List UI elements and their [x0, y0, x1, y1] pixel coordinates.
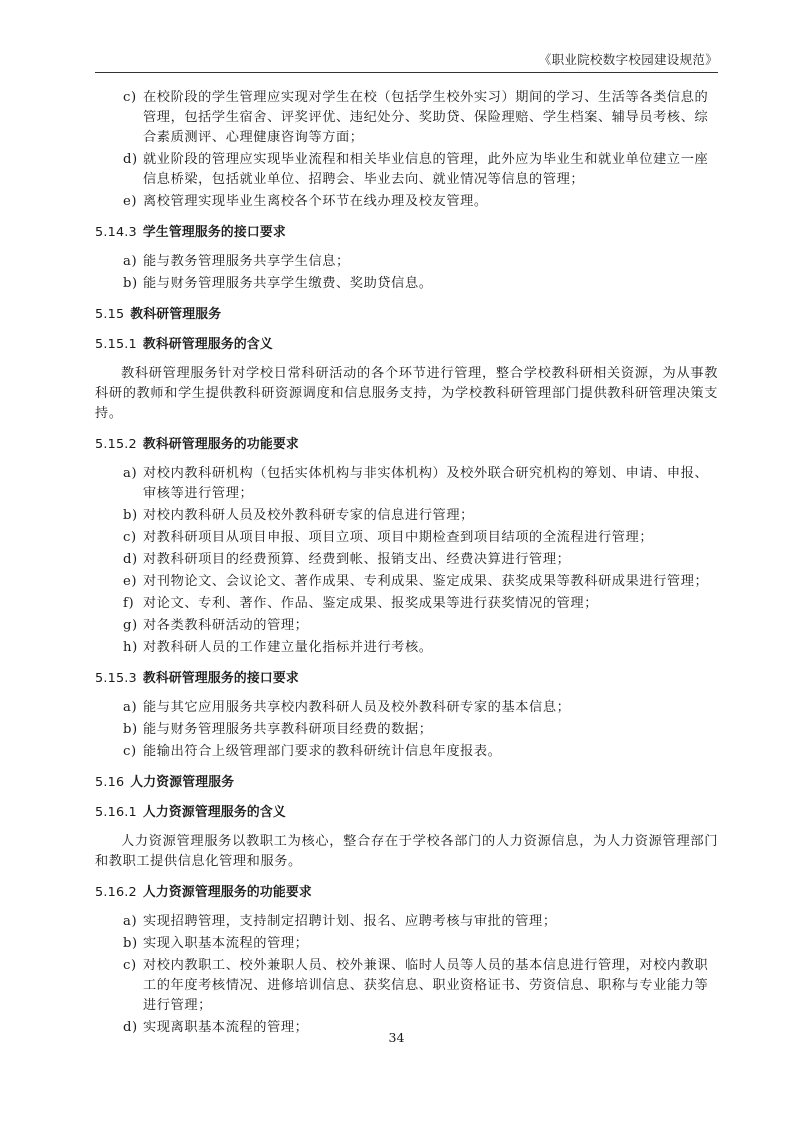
list-item: c)对教科研项目从项目申报、项目立项、项目中期检查到项目结项的全流程进行管理； [95, 528, 718, 548]
list-marker: c) [123, 528, 137, 548]
list-item-text: 对论文、专利、著作、作品、鉴定成果、报奖成果等进行获奖情况的管理； [143, 596, 598, 611]
list-item-text: 能输出符合上级管理部门要求的教科研统计信息年度报表。 [143, 744, 501, 759]
section-heading: 5.15.1教科研管理服务的含义 [95, 336, 718, 354]
list-item: b)能与财务管理服务共享学生缴费、奖助贷信息。 [95, 274, 718, 294]
list-item-text: 对教科研项目的经费预算、经费到帐、报销支出、经费决算进行管理； [143, 552, 570, 567]
section-heading: 5.16人力资源管理服务 [95, 774, 718, 792]
list-item: h)对教科研人员的工作建立量化指标并进行考核。 [95, 638, 718, 658]
section-title: 学生管理服务的接口要求 [143, 225, 286, 240]
paragraph: 人力资源管理服务以教职工为核心，整合存在于学校各部门的人力资源信息，为人力资源管… [95, 832, 718, 872]
section-number: 5.15 [95, 307, 124, 322]
list-item: a)能与教务管理服务共享学生信息； [95, 252, 718, 272]
list-item: d)就业阶段的管理应实现毕业流程和相关毕业信息的管理，此外应为毕业生和就业单位建… [95, 150, 718, 190]
section-heading: 5.15教科研管理服务 [95, 306, 718, 324]
section-number: 5.15.3 [95, 671, 137, 686]
list-item: e)对刊物论文、会议论文、著作成果、专利成果、鉴定成果、获奖成果等教科研成果进行… [95, 572, 718, 592]
list-marker: c) [123, 88, 137, 108]
section-number: 5.16.1 [95, 805, 137, 820]
list-marker: c) [123, 956, 137, 976]
list-item-text: 对教科研项目从项目申报、项目立项、项目中期检查到项目结项的全流程进行管理； [143, 530, 653, 545]
list-item-text: 能与其它应用服务共享校内教科研人员及校外教科研专家的基本信息； [143, 700, 570, 715]
list-marker: e) [123, 572, 137, 592]
list-item: a)能与其它应用服务共享校内教科研人员及校外教科研专家的基本信息； [95, 698, 718, 718]
list-item-text: 在校阶段的学生管理应实现对学生在校（包括学生校外实习）期间的学习、生活等各类信息… [143, 90, 708, 145]
list-marker: g) [123, 616, 138, 636]
list-item: e)离校管理实现毕业生离校各个环节在线办理及校友管理。 [95, 192, 718, 212]
list-marker: d) [123, 150, 138, 170]
list-item: a)对校内教科研机构（包括实体机构与非实体机构）及校外联合研究机构的筹划、申请、… [95, 464, 718, 504]
section-number: 5.16 [95, 775, 124, 790]
list-marker: a) [123, 698, 137, 718]
list-item-text: 对刊物论文、会议论文、著作成果、专利成果、鉴定成果、获奖成果等教科研成果进行管理… [143, 574, 708, 589]
list-marker: b) [123, 506, 138, 526]
section-title: 教科研管理服务的含义 [143, 337, 273, 352]
section-number: 5.15.2 [95, 437, 137, 452]
section-title: 人力资源管理服务的含义 [143, 805, 286, 820]
section-number: 5.16.2 [95, 885, 137, 900]
list-marker: a) [123, 252, 137, 272]
list-item-text: 能与财务管理服务共享学生缴费、奖助贷信息。 [143, 276, 433, 291]
list-marker: b) [123, 934, 138, 954]
section-title: 教科研管理服务的功能要求 [143, 437, 299, 452]
list-marker: h) [123, 638, 138, 658]
list-item: d)对教科研项目的经费预算、经费到帐、报销支出、经费决算进行管理； [95, 550, 718, 570]
list-item-text: 离校管理实现毕业生离校各个环节在线办理及校友管理。 [143, 194, 488, 209]
page-body: c)在校阶段的学生管理应实现对学生在校（包括学生校外实习）期间的学习、生活等各类… [95, 88, 718, 1040]
list-item-text: 对教科研人员的工作建立量化指标并进行考核。 [143, 640, 433, 655]
list-marker: d) [123, 550, 138, 570]
list-item: f)对论文、专利、著作、作品、鉴定成果、报奖成果等进行获奖情况的管理； [95, 594, 718, 614]
section-heading: 5.16.2人力资源管理服务的功能要求 [95, 884, 718, 902]
section-heading: 5.14.3学生管理服务的接口要求 [95, 224, 718, 242]
list-marker: a) [123, 912, 137, 932]
list-item: b)能与财务管理服务共享教科研项目经费的数据； [95, 720, 718, 740]
list-item-text: 实现招聘管理，支持制定招聘计划、报名、应聘考核与审批的管理； [143, 914, 557, 929]
section-number: 5.15.1 [95, 337, 137, 352]
list-marker: e) [123, 192, 137, 212]
list-item-text: 对校内教科研机构（包括实体机构与非实体机构）及校外联合研究机构的筹划、申请、申报… [143, 466, 708, 501]
list-item: a)实现招聘管理，支持制定招聘计划、报名、应聘考核与审批的管理； [95, 912, 718, 932]
list-item: c)能输出符合上级管理部门要求的教科研统计信息年度报表。 [95, 742, 718, 762]
section-heading: 5.15.2教科研管理服务的功能要求 [95, 436, 718, 454]
list-item: c)在校阶段的学生管理应实现对学生在校（包括学生校外实习）期间的学习、生活等各类… [95, 88, 718, 148]
section-title: 人力资源管理服务的功能要求 [143, 885, 312, 900]
section-heading: 5.15.3教科研管理服务的接口要求 [95, 670, 718, 688]
list-marker: f) [123, 594, 134, 614]
list-item: b)对校内教科研人员及校外教科研专家的信息进行管理； [95, 506, 718, 526]
list-marker: b) [123, 720, 138, 740]
section-number: 5.14.3 [95, 225, 137, 240]
list-item-text: 对各类教科研活动的管理； [143, 618, 308, 633]
list-item: c)对校内教职工、校外兼职人员、校外兼课、临时人员等人员的基本信息进行管理，对校… [95, 956, 718, 1016]
document-title: 《职业院校数字校园建设规范》 [539, 50, 718, 68]
page-number: 34 [0, 1030, 793, 1045]
list-marker: b) [123, 274, 138, 294]
list-item-text: 能与教务管理服务共享学生信息； [143, 254, 350, 269]
page-header: 《职业院校数字校园建设规范》 [95, 48, 718, 73]
list-marker: a) [123, 464, 137, 484]
list-item: g)对各类教科研活动的管理； [95, 616, 718, 636]
list-item-text: 实现入职基本流程的管理； [143, 936, 308, 951]
section-title: 教科研管理服务的接口要求 [143, 671, 299, 686]
section-heading: 5.16.1人力资源管理服务的含义 [95, 804, 718, 822]
section-title: 人力资源管理服务 [130, 775, 234, 790]
list-item-text: 对校内教科研人员及校外教科研专家的信息进行管理； [143, 508, 474, 523]
list-item-text: 能与财务管理服务共享教科研项目经费的数据； [143, 722, 433, 737]
list-item: b)实现入职基本流程的管理； [95, 934, 718, 954]
list-item-text: 对校内教职工、校外兼职人员、校外兼课、临时人员等人员的基本信息进行管理，对校内教… [143, 958, 708, 1013]
paragraph: 教科研管理服务针对学校日常科研活动的各个环节进行管理，整合学校教科研相关资源，为… [95, 364, 718, 424]
list-item-text: 就业阶段的管理应实现毕业流程和相关毕业信息的管理，此外应为毕业生和就业单位建立一… [143, 152, 708, 187]
list-marker: c) [123, 742, 137, 762]
section-title: 教科研管理服务 [130, 307, 221, 322]
